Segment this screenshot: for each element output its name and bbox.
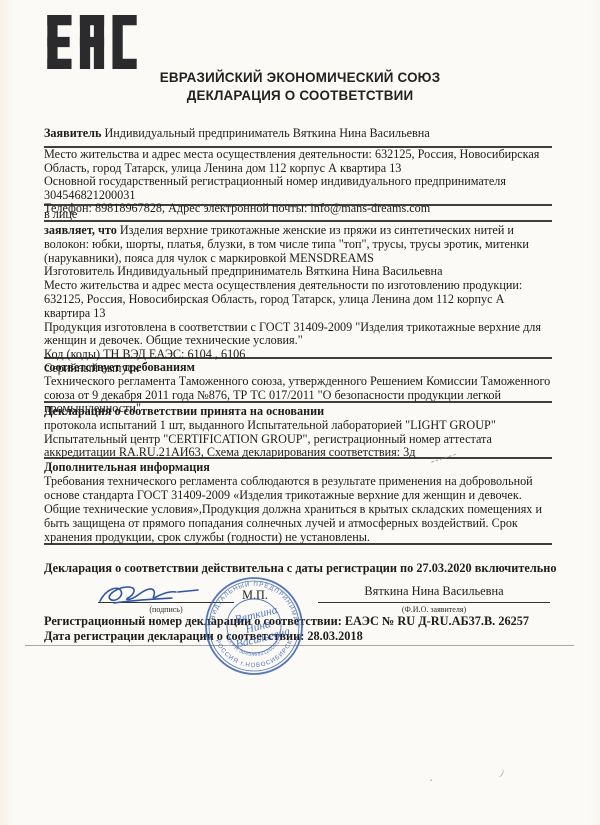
applicant-row: Заявитель Индивидуальный предприниматель… bbox=[44, 127, 552, 148]
additional-label: Дополнительная информация bbox=[44, 461, 552, 475]
scan-artifact: ) bbox=[497, 768, 505, 779]
stamp-star-left: * bbox=[207, 622, 210, 631]
round-stamp: ИНДИВИДУАЛЬНЫЙ ПРЕДПРИНИМАТЕЛЬ РОССИЯ г.… bbox=[199, 571, 309, 681]
applicant-name: Индивидуальный предприниматель Вяткина Н… bbox=[101, 126, 429, 140]
fio-caption: (Ф.И.О. заявителя) bbox=[318, 605, 550, 614]
in-person-row: в лице bbox=[44, 208, 552, 222]
scan-artifact-dot: ▪ bbox=[430, 778, 432, 784]
basis-label: Декларация о соответствии принята на осн… bbox=[44, 405, 552, 419]
registration-date-line: Дата регистрации декларации о соответств… bbox=[44, 629, 574, 644]
compliance-label: соответствует требованиям bbox=[44, 361, 552, 375]
declares-text: Изделия верхние трикотажные женские из п… bbox=[44, 223, 541, 375]
applicant-details: Место жительства и адрес места осуществл… bbox=[44, 148, 552, 206]
validity-line: Декларация о соответствии действительна … bbox=[44, 561, 574, 576]
eac-logo bbox=[47, 15, 137, 69]
additional-text: Требования технического регламента соблю… bbox=[44, 475, 552, 545]
union-title: ЕВРАЗИЙСКИЙ ЭКОНОМИЧЕСКИЙ СОЮЗ bbox=[0, 70, 600, 85]
stamp-star-right: * bbox=[296, 622, 299, 631]
compliance-block: соответствует требованиям Технического р… bbox=[44, 361, 552, 403]
declares-block: заявляет, что Изделия верхние трикотажны… bbox=[44, 224, 552, 359]
basis-text: протокола испытаний 1 шт, выданного Испы… bbox=[44, 419, 552, 460]
doc-title: ДЕКЛАРАЦИЯ О СООТВЕТСТВИИ bbox=[0, 88, 600, 103]
applicant-fio: Вяткина Нина Васильевна bbox=[318, 584, 550, 599]
applicant-label: Заявитель bbox=[44, 126, 101, 140]
declaration-document: ЕВРАЗИЙСКИЙ ЭКОНОМИЧЕСКИЙ СОЮЗ ДЕКЛАРАЦИ… bbox=[0, 0, 600, 825]
registration-number-line: Регистрационный номер декларации о соотв… bbox=[44, 614, 574, 629]
declares-label: заявляет, что bbox=[44, 223, 117, 237]
basis-block: Декларация о соответствии принята на осн… bbox=[44, 405, 552, 459]
additional-block: Дополнительная информация Требования тех… bbox=[44, 461, 552, 545]
fio-line bbox=[318, 602, 550, 603]
